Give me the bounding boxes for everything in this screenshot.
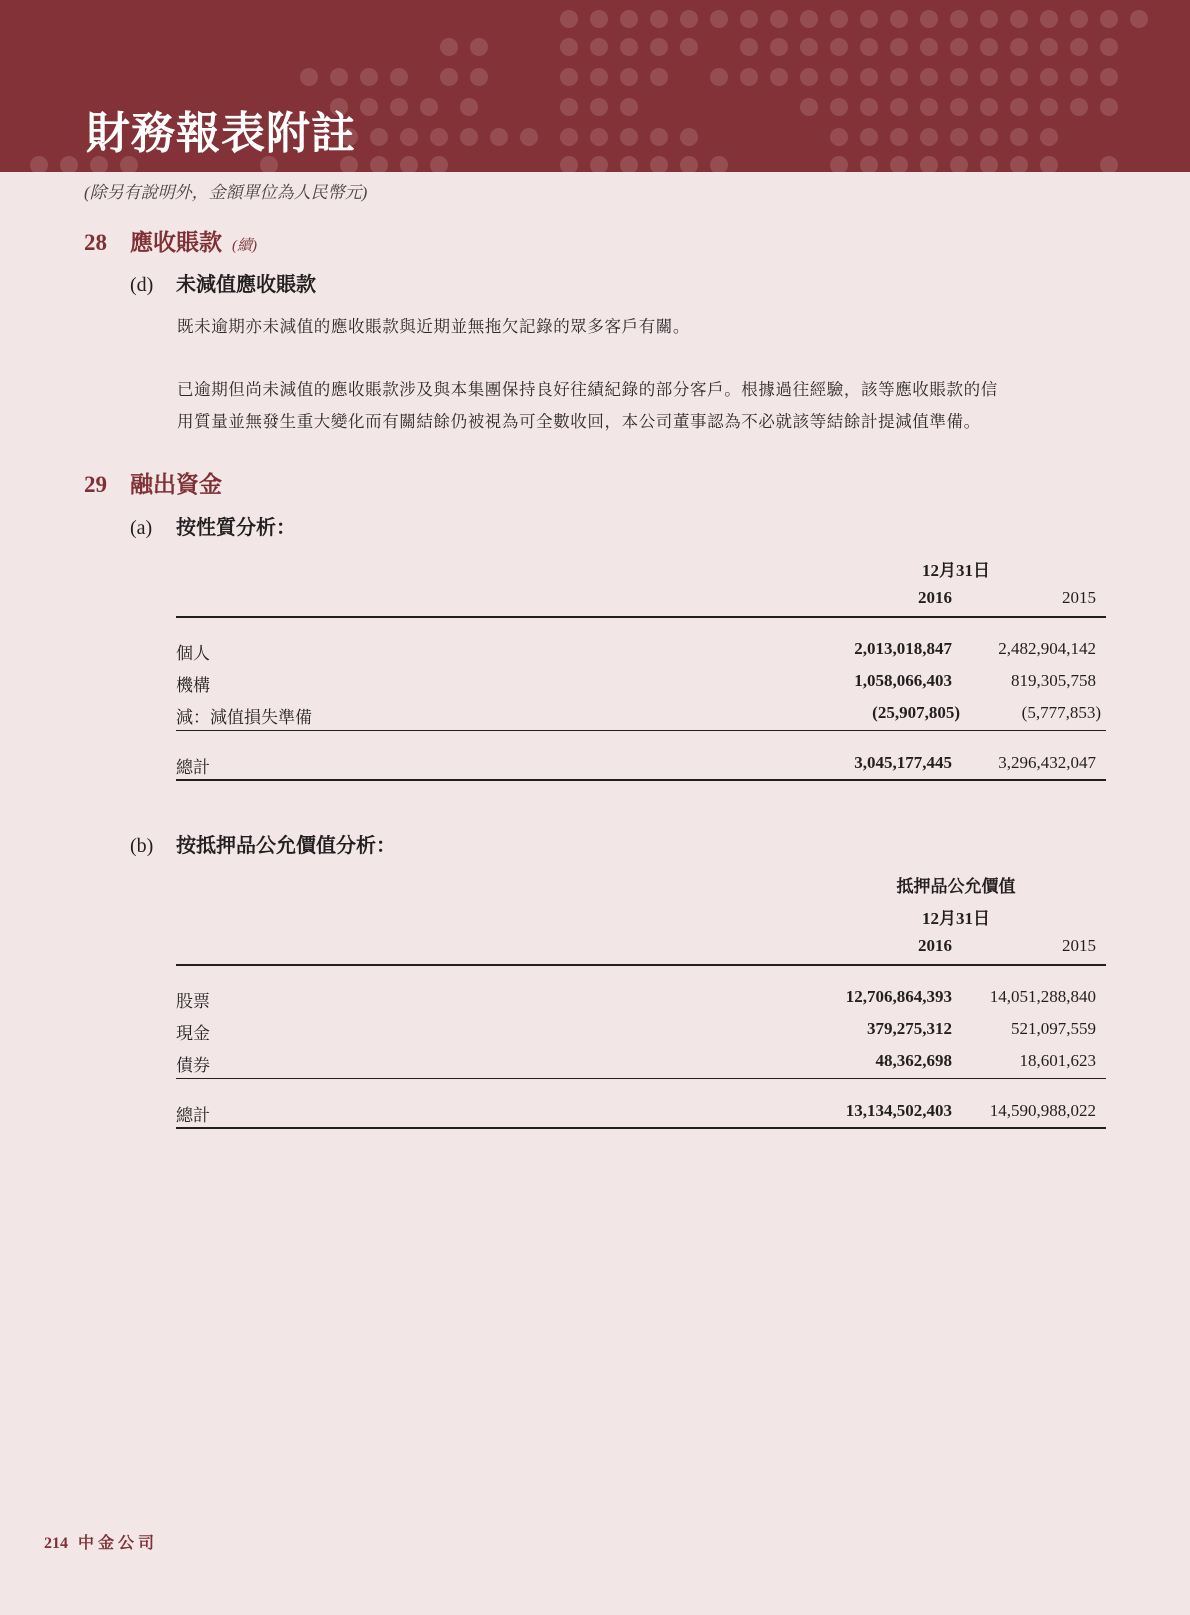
value-2016: 379,275,312 — [867, 1019, 952, 1039]
table-row: 債券 48,362,698 18,601,623 — [176, 1051, 1106, 1079]
subtotal-rule — [176, 1078, 1106, 1079]
value-2016: 13,134,502,403 — [846, 1101, 952, 1121]
row-label: 現金 — [176, 1019, 210, 1044]
total-row: 總計 3,045,177,445 3,296,432,047 — [176, 753, 1106, 781]
total-rule — [176, 779, 1106, 781]
table-row: 個人 2,013,018,847 2,482,904,142 — [176, 639, 1106, 667]
decorative-dot — [680, 156, 698, 172]
decorative-dot — [560, 68, 578, 86]
decorative-dot — [460, 128, 478, 146]
continued-note: (續) — [232, 238, 257, 254]
table-row: 現金 379,275,312 521,097,559 — [176, 1019, 1106, 1047]
subsection-label: (a) — [130, 517, 176, 540]
row-label: 減：減值損失準備 — [176, 703, 312, 728]
decorative-dot — [890, 68, 908, 86]
section-number: 29 — [84, 472, 130, 498]
decorative-dot — [860, 38, 878, 56]
page-number: 214 — [44, 1535, 68, 1552]
decorative-dot — [650, 68, 668, 86]
decorative-dot — [890, 128, 908, 146]
decorative-dot — [950, 10, 968, 28]
decorative-dot — [770, 10, 788, 28]
value-2015: 819,305,758 — [1011, 671, 1096, 691]
decorative-dot — [650, 156, 668, 172]
decorative-dot — [620, 68, 638, 86]
decorative-dot — [980, 128, 998, 146]
decorative-dot — [1040, 10, 1058, 28]
decorative-dot — [440, 38, 458, 56]
decorative-dot — [1010, 38, 1028, 56]
value-2015: 521,097,559 — [1011, 1019, 1096, 1039]
decorative-dot — [1100, 98, 1118, 116]
decorative-dot — [830, 68, 848, 86]
decorative-dot — [890, 38, 908, 56]
decorative-dot — [800, 10, 818, 28]
decorative-dot — [770, 38, 788, 56]
decorative-dot — [920, 68, 938, 86]
decorative-dot — [1070, 38, 1088, 56]
decorative-dot — [710, 68, 728, 86]
table-row: 機構 1,058,066,403 819,305,758 — [176, 671, 1106, 699]
value-2016: 1,058,066,403 — [854, 671, 952, 691]
decorative-dot — [860, 128, 878, 146]
decorative-dot — [830, 38, 848, 56]
decorative-dot — [490, 128, 508, 146]
year-2016-header: 2016 — [822, 588, 952, 608]
decorative-dot — [360, 68, 378, 86]
paragraph-2-line-1: 已逾期但尚未減值的應收賬款涉及與本集團保持良好往績紀錄的部分客戶。根據過往經驗，… — [177, 374, 1107, 406]
decorative-dot — [740, 38, 758, 56]
date-header: 12月31日 — [856, 556, 1056, 581]
decorative-dot — [740, 10, 758, 28]
decorative-dot — [800, 98, 818, 116]
decorative-dot — [1100, 38, 1118, 56]
decorative-dot — [920, 98, 938, 116]
header-rule — [176, 616, 1106, 618]
decorative-dot — [980, 156, 998, 172]
decorative-dot — [430, 128, 448, 146]
decorative-dot — [360, 98, 378, 116]
decorative-dot — [1040, 156, 1058, 172]
decorative-dot — [800, 68, 818, 86]
page-title: 財務報表附註 — [86, 108, 356, 160]
value-2015: 14,590,988,022 — [990, 1101, 1096, 1121]
decorative-dot — [650, 128, 668, 146]
decorative-dot — [1040, 38, 1058, 56]
decorative-dot — [1010, 98, 1028, 116]
subsection-title: 未減值應收賬款 — [176, 274, 316, 296]
decorative-dot — [560, 98, 578, 116]
decorative-dot — [370, 128, 388, 146]
decorative-dot — [400, 156, 418, 172]
decorative-dot — [620, 156, 638, 172]
section-29-heading: 29融出資金 — [84, 466, 222, 499]
subsection-b-heading: (b)按抵押品公允價值分析： — [130, 829, 396, 858]
row-label: 機構 — [176, 671, 210, 696]
value-2015: 2,482,904,142 — [998, 639, 1096, 659]
decorative-dot — [710, 156, 728, 172]
decorative-dot — [860, 98, 878, 116]
section-28-heading: 28應收賬款(續) — [84, 224, 257, 257]
decorative-dot — [1010, 68, 1028, 86]
decorative-dot — [590, 68, 608, 86]
decorative-dot — [470, 38, 488, 56]
decorative-dot — [920, 128, 938, 146]
value-2015: 14,051,288,840 — [990, 987, 1096, 1007]
decorative-dot — [890, 10, 908, 28]
decorative-dot — [740, 68, 758, 86]
decorative-dot — [590, 98, 608, 116]
value-2015: 3,296,432,047 — [998, 753, 1096, 773]
subsection-label: (d) — [130, 274, 176, 297]
decorative-dot — [890, 156, 908, 172]
subsection-a-heading: (a)按性質分析： — [130, 511, 296, 540]
decorative-dot — [800, 38, 818, 56]
decorative-dot — [390, 68, 408, 86]
decorative-dot — [430, 156, 448, 172]
currency-note: (除另有說明外，金額單位為人民幣元) — [84, 178, 367, 203]
date-header: 12月31日 — [856, 904, 1056, 929]
table-row: 股票 12,706,864,393 14,051,288,840 — [176, 987, 1106, 1015]
decorative-dot — [590, 128, 608, 146]
year-2015-header: 2015 — [966, 936, 1096, 956]
decorative-dot — [680, 128, 698, 146]
year-2016-header: 2016 — [822, 936, 952, 956]
decorative-dot — [860, 156, 878, 172]
decorative-dot — [860, 68, 878, 86]
subsection-d-heading: (d)未減值應收賬款 — [130, 268, 316, 297]
decorative-dot — [330, 68, 348, 86]
decorative-dot — [620, 98, 638, 116]
decorative-dot — [560, 156, 578, 172]
decorative-dot — [560, 128, 578, 146]
decorative-dot — [1130, 10, 1148, 28]
decorative-dot — [920, 10, 938, 28]
decorative-dot — [950, 156, 968, 172]
decorative-dot — [1010, 156, 1028, 172]
decorative-dot — [620, 128, 638, 146]
page-footer: 214中金公司 — [44, 1530, 158, 1553]
decorative-dot — [1070, 68, 1088, 86]
decorative-dot — [980, 68, 998, 86]
decorative-dot — [1070, 98, 1088, 116]
value-2016: 12,706,864,393 — [846, 987, 952, 1007]
decorative-dot — [620, 38, 638, 56]
subsection-title: 按性質分析： — [176, 517, 296, 539]
decorative-dot — [1100, 156, 1118, 172]
decorative-dot — [950, 128, 968, 146]
decorative-dot — [770, 68, 788, 86]
collateral-header: 抵押品公允價值 — [856, 872, 1056, 897]
decorative-dot — [980, 38, 998, 56]
section-title: 融出資金 — [130, 472, 222, 497]
row-label: 債券 — [176, 1051, 210, 1076]
paragraph-2-line-2: 用質量並無發生重大變化而有關結餘仍被視為可全數收回，本公司董事認為不必就該等結餘… — [177, 406, 1107, 438]
decorative-dot — [1010, 10, 1028, 28]
decorative-dot — [980, 10, 998, 28]
decorative-dot — [890, 98, 908, 116]
paragraph-2: 已逾期但尚未減值的應收賬款涉及與本集團保持良好往績紀錄的部分客戶。根據過往經驗，… — [177, 374, 1107, 438]
decorative-dot — [950, 98, 968, 116]
decorative-dot — [980, 98, 998, 116]
decorative-dot — [1100, 10, 1118, 28]
decorative-dot — [460, 98, 478, 116]
value-2015: 18,601,623 — [1020, 1051, 1097, 1071]
value-2016: (25,907,805) — [872, 703, 960, 723]
value-2015: (5,777,853) — [1022, 703, 1101, 723]
decorative-dot — [590, 38, 608, 56]
decorative-dot — [520, 128, 538, 146]
decorative-dot — [950, 68, 968, 86]
decorative-dot — [830, 156, 848, 172]
decorative-dot — [590, 156, 608, 172]
total-row: 總計 13,134,502,403 14,590,988,022 — [176, 1101, 1106, 1129]
decorative-dot — [920, 156, 938, 172]
decorative-dot — [680, 10, 698, 28]
subsection-title: 按抵押品公允價值分析： — [176, 835, 396, 857]
decorative-dot — [370, 156, 388, 172]
subtotal-rule — [176, 730, 1106, 731]
decorative-dot — [650, 10, 668, 28]
decorative-dot — [30, 156, 48, 172]
row-label: 個人 — [176, 639, 210, 664]
row-label: 總計 — [176, 1101, 210, 1126]
decorative-dot — [1100, 68, 1118, 86]
section-title: 應收賬款 — [130, 230, 222, 255]
decorative-dot — [950, 38, 968, 56]
decorative-dot — [830, 98, 848, 116]
decorative-dot — [300, 68, 318, 86]
decorative-dot — [920, 38, 938, 56]
row-label: 總計 — [176, 753, 210, 778]
header-rule — [176, 964, 1106, 966]
section-number: 28 — [84, 230, 130, 256]
decorative-dot — [860, 10, 878, 28]
decorative-dot — [440, 68, 458, 86]
decorative-dot — [420, 98, 438, 116]
value-2016: 3,045,177,445 — [854, 753, 952, 773]
decorative-dot — [60, 156, 78, 172]
decorative-dot — [1040, 68, 1058, 86]
row-label: 股票 — [176, 987, 210, 1012]
decorative-dot — [830, 128, 848, 146]
decorative-dot — [1040, 128, 1058, 146]
year-2015-header: 2015 — [966, 588, 1096, 608]
decorative-dot — [830, 10, 848, 28]
decorative-dot — [1070, 10, 1088, 28]
decorative-dot — [560, 38, 578, 56]
decorative-dot — [400, 128, 418, 146]
decorative-dot — [1040, 98, 1058, 116]
decorative-dot — [390, 98, 408, 116]
decorative-dot — [710, 10, 728, 28]
decorative-dot — [680, 38, 698, 56]
decorative-dot — [590, 10, 608, 28]
decorative-dot — [560, 10, 578, 28]
decorative-dot — [1010, 128, 1028, 146]
paragraph-1: 既未逾期亦未減值的應收賬款與近期並無拖欠記錄的眾多客戶有關。 — [177, 311, 1107, 343]
decorative-dot — [470, 68, 488, 86]
table-row: 減：減值損失準備 (25,907,805) (5,777,853) — [176, 703, 1106, 731]
total-rule — [176, 1127, 1106, 1129]
decorative-dot — [650, 38, 668, 56]
subsection-label: (b) — [130, 835, 176, 858]
decorative-dot — [620, 10, 638, 28]
company-name: 中金公司 — [78, 1535, 158, 1552]
value-2016: 2,013,018,847 — [854, 639, 952, 659]
value-2016: 48,362,698 — [876, 1051, 953, 1071]
